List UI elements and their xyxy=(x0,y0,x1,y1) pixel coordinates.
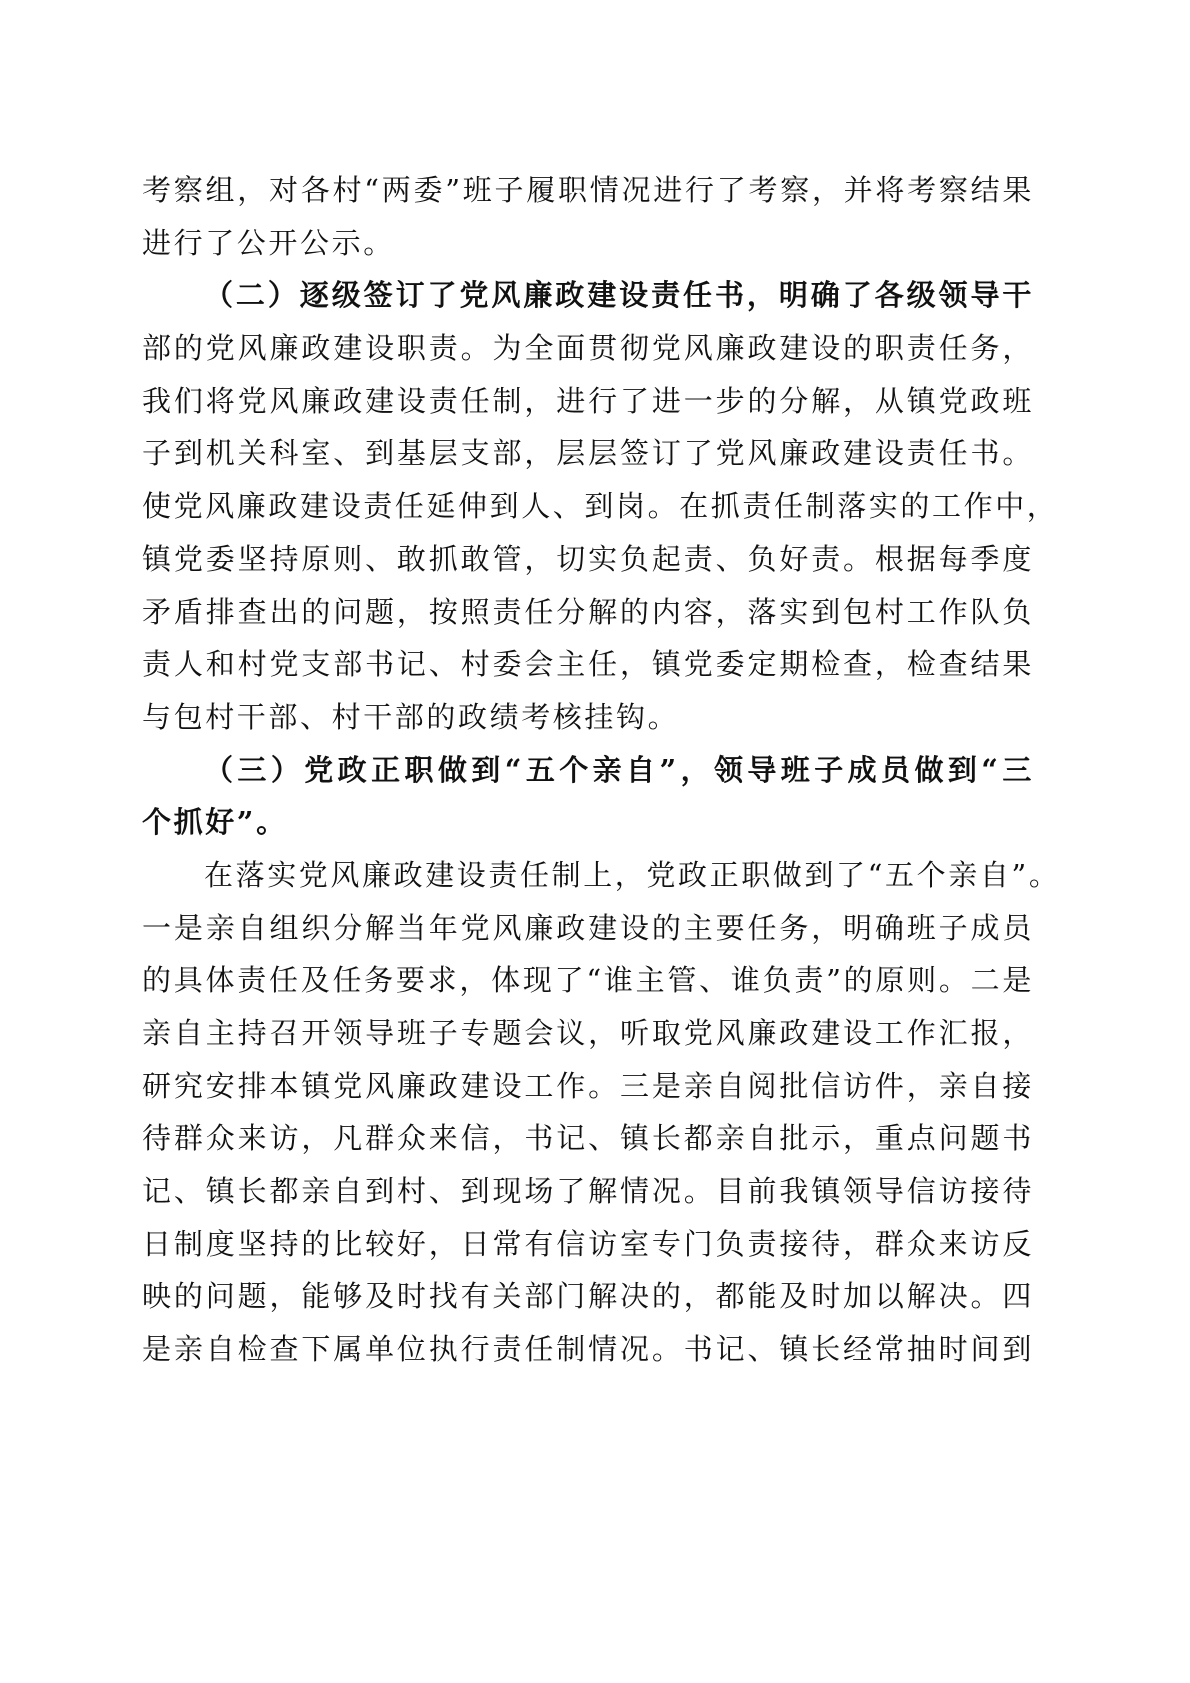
section-heading-three: （三）党政正职做到“五个亲自”，领导班子成员做到“三 个抓好”。 xyxy=(142,744,1034,849)
text-line: 在落实党风廉政建设责任制上，党政正职做到了“五个亲自”。 xyxy=(142,849,1034,902)
text-line: 我们将党风廉政建设责任制，进行了进一步的分解，从镇党政班 xyxy=(142,375,1034,428)
text-line: 待群众来访，凡群众来信，书记、镇长都亲自批示，重点问题书 xyxy=(142,1112,1034,1165)
text-line: 研究安排本镇党风廉政建设工作。三是亲自阅批信访件，亲自接 xyxy=(142,1060,1034,1113)
text-line: 的具体责任及任务要求，体现了“谁主管、谁负责”的原则。二是 xyxy=(142,954,1034,1007)
text-line: 是亲自检查下属单位执行责任制情况。书记、镇长经常抽时间到 xyxy=(142,1323,1034,1376)
document-body: 考察组，对各村“两委”班子履职情况进行了考察，并将考察结果 进行了公开公示。 （… xyxy=(142,164,1034,1376)
text-line: 进行了公开公示。 xyxy=(142,217,1034,270)
text-line: 子到机关科室、到基层支部，层层签订了党风廉政建设责任书。 xyxy=(142,427,1034,480)
text-line: 责人和村党支部书记、村委会主任，镇党委定期检查，检查结果 xyxy=(142,638,1034,691)
text-line: 使党风廉政建设责任延伸到人、到岗。在抓责任制落实的工作中， xyxy=(142,480,1034,533)
text-line: 一是亲自组织分解当年党风廉政建设的主要任务，明确班子成员 xyxy=(142,902,1034,955)
text-line: 考察组，对各村“两委”班子履职情况进行了考察，并将考察结果 xyxy=(142,164,1034,217)
text-line: 部的党风廉政建设职责。为全面贯彻党风廉政建设的职责任务， xyxy=(142,322,1034,375)
text-line: 亲自主持召开领导班子专题会议，听取党风廉政建设工作汇报， xyxy=(142,1007,1034,1060)
section-heading-two: （二）逐级签订了党风廉政建设责任书，明确了各级领导干 xyxy=(142,269,1034,322)
text-line: 记、镇长都亲自到村、到现场了解情况。目前我镇领导信访接待 xyxy=(142,1165,1034,1218)
paragraph-section-two: （二）逐级签订了党风廉政建设责任书，明确了各级领导干 部的党风廉政建设职责。为全… xyxy=(142,269,1034,743)
text-line: 日制度坚持的比较好，日常有信访室专门负责接待，群众来访反 xyxy=(142,1218,1034,1271)
text-line: 映的问题，能够及时找有关部门解决的，都能及时加以解决。四 xyxy=(142,1270,1034,1323)
heading-line: 个抓好”。 xyxy=(142,796,1034,849)
document-page: 考察组，对各村“两委”班子履职情况进行了考察，并将考察结果 进行了公开公示。 （… xyxy=(0,0,1190,1683)
text-line: 与包村干部、村干部的政绩考核挂钩。 xyxy=(142,691,1034,744)
paragraph-inspection-results: 考察组，对各村“两委”班子履职情况进行了考察，并将考察结果 进行了公开公示。 xyxy=(142,164,1034,269)
paragraph-five-personal-duties: 在落实党风廉政建设责任制上，党政正职做到了“五个亲自”。 一是亲自组织分解当年党… xyxy=(142,849,1034,1376)
heading-line: （三）党政正职做到“五个亲自”，领导班子成员做到“三 xyxy=(142,744,1034,797)
text-line: 镇党委坚持原则、敢抓敢管，切实负起责、负好责。根据每季度 xyxy=(142,533,1034,586)
text-line: 矛盾排查出的问题，按照责任分解的内容，落实到包村工作队负 xyxy=(142,586,1034,639)
